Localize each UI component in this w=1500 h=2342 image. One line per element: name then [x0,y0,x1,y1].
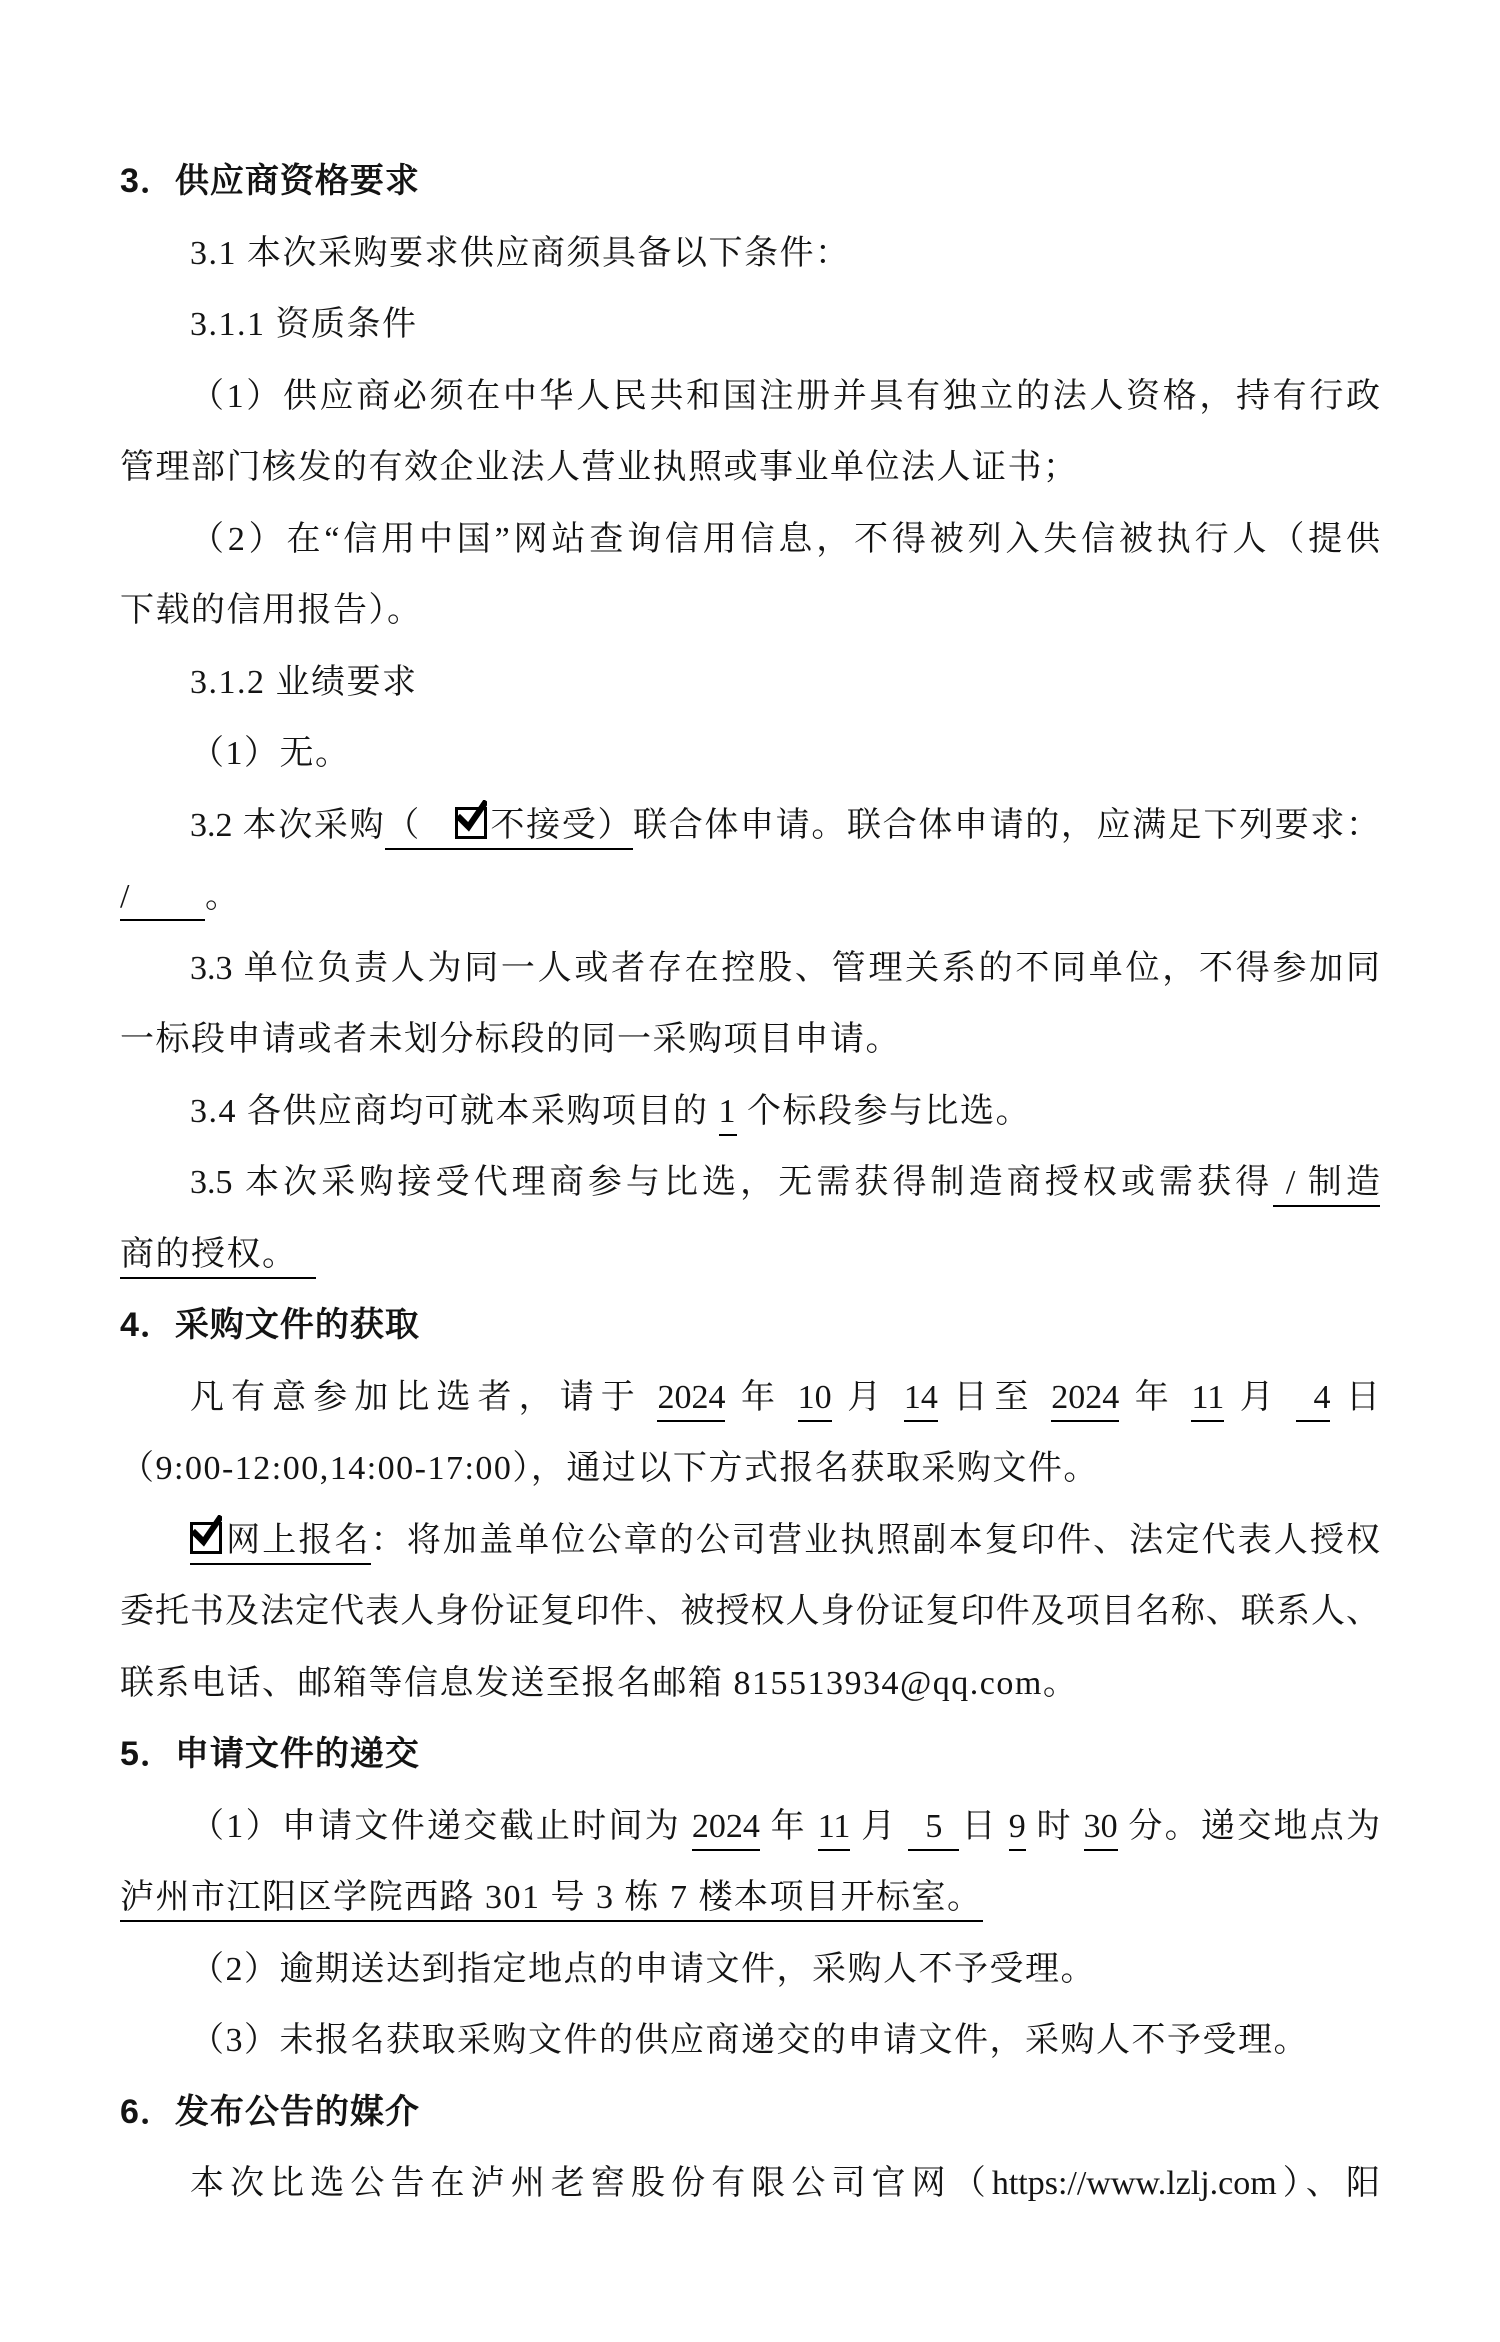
heading-section-4: 4．采购文件的获取 [120,1290,1380,1362]
text-run: 3.3 单位负责人为同一人或者存在控股、管理关系的不同单位，不得参加同 [190,950,1380,987]
text-run: 2024 [657,1379,725,1422]
text-run: 5．申请文件的递交 [120,1735,420,1773]
line-4-online-signup-b: 委托书及法定代表人身份证复印件、被授权人身份证复印件及项目名称、联系人、 [120,1576,1380,1648]
text-run: 凡有意参加比选者，请于 [190,1379,657,1416]
text-run: （1）供应商必须在中华人民共和国注册并具有独立的法人资格，持有行政 [190,378,1380,415]
line-3-3-b: 一标段申请或者未划分标段的同一采购项目申请。 [120,1004,1380,1076]
text-run: 6．发布公告的媒介 [120,2093,420,2131]
text-run: 泸州市江阳区学院西路 301 号 3 栋 7 楼本项目开标室。 [120,1879,983,1922]
text-run: （1）无。 [190,735,351,772]
text-run: 3.1 本次采购要求供应商须具备以下条件： [190,235,851,272]
text-run: （2）逾期送达到指定地点的申请文件，采购人不予受理。 [190,1951,1096,1988]
text-run: 日 [1330,1379,1380,1416]
text-run: （9:00-12:00,14:00-17:00），通过以下方式报名获取采购文件。 [120,1450,1099,1487]
text-run: 。 [205,878,241,915]
text-run: / 制造 [1273,1164,1380,1207]
text-run: 分。递交地点为 [1118,1808,1381,1845]
text-run: （3）未报名获取采购文件的供应商递交的申请文件，采购人不予受理。 [190,2022,1309,2059]
text-run: 5 [908,1808,959,1851]
line-3-1: 3.1 本次采购要求供应商须具备以下条件： [120,218,1380,290]
line-3-1-1-item1-b: 管理部门核发的有效企业法人营业执照或事业单位法人证书； [120,432,1380,504]
line-6-a: 本次比选公告在泸州老窖股份有限公司官网（https://www.lzlj.com… [120,2148,1380,2220]
text-run: 月 [832,1379,904,1416]
text-run: 月 [850,1808,908,1845]
line-5-3: （3）未报名获取采购文件的供应商递交的申请文件，采购人不予受理。 [120,2005,1380,2077]
text-run: 月 [1224,1379,1296,1416]
line-4-date-a: 凡有意参加比选者，请于 2024 年 10 月 14 日至 2024 年 11 … [120,1362,1380,1434]
text-run: 4．采购文件的获取 [120,1306,420,1344]
text-run: 网上报名 [224,1522,371,1565]
text-run: 11 [1191,1379,1224,1422]
text-run: 3.2 本次采购 [190,807,385,844]
text-run: / [120,878,205,921]
text-run: 3．供应商资格要求 [120,162,420,200]
text-run: 30 [1084,1808,1118,1851]
line-3-5-a: 3.5 本次采购接受代理商参与比选，无需获得制造商授权或需获得 / 制造 [120,1147,1380,1219]
text-run: 联合体申请。联合体申请的，应满足下列要求： [633,807,1380,844]
line-5-1-b: 泸州市江阳区学院西路 301 号 3 栋 7 楼本项目开标室。 [120,1862,1380,1934]
text-run: 9 [1009,1808,1026,1851]
text-run: 管理部门核发的有效企业法人营业执照或事业单位法人证书； [120,449,1079,486]
text-run: 年 [725,1379,797,1416]
line-3-1-1-item2-a: （2）在“信用中国”网站查询信用信息，不得被列入失信被执行人（提供 [120,504,1380,576]
text-run: 14 [904,1379,938,1422]
heading-section-6: 6．发布公告的媒介 [120,2077,1380,2149]
text-run: 时 [1026,1808,1084,1845]
text-run: 委托书及法定代表人身份证复印件、被授权人身份证复印件及项目名称、联系人、 [120,1593,1380,1630]
text-run: 商的授权。 [120,1236,316,1279]
text-run: 本次比选公告在泸州老窖股份有限公司官网（https://www.lzlj.com… [190,2165,1380,2202]
line-3-4: 3.4 各供应商均可就本采购项目的 1 个标段参与比选。 [120,1076,1380,1148]
line-3-2-a: 3.2 本次采购（ 不接受）联合体申请。联合体申请的，应满足下列要求： [120,790,1380,862]
line-4-date-b: （9:00-12:00,14:00-17:00），通过以下方式报名获取采购文件。 [120,1433,1380,1505]
text-run: 联系电话、邮箱等信息发送至报名邮箱 815513934@qq.com。 [120,1665,1078,1702]
text-run: 2024 [692,1808,760,1851]
line-4-online-signup-a: 网上报名：将加盖单位公章的公司营业执照副本复印件、法定代表人授权 [120,1505,1380,1577]
text-run: （2）在“信用中国”网站查询信用信息，不得被列入失信被执行人（提供 [190,521,1380,558]
text-run: 3.5 本次采购接受代理商参与比选，无需获得制造商授权或需获得 [190,1164,1273,1201]
line-3-1-1: 3.1.1 资质条件 [120,289,1380,361]
text-run: （1）申请文件递交截止时间为 [190,1808,692,1845]
text-run: 1 [719,1093,738,1136]
text-run: 日 [959,1808,1008,1845]
line-3-2-b: / 。 [120,861,1380,933]
text-run: 一标段申请或者未划分标段的同一采购项目申请。 [120,1021,901,1058]
text-run: 年 [1119,1379,1191,1416]
text-run: 3.4 各供应商均可就本采购项目的 [190,1093,719,1130]
text-run: （ [385,807,455,850]
text-run: 个标段参与比选。 [737,1093,1031,1130]
line-4-online-signup-c: 联系电话、邮箱等信息发送至报名邮箱 815513934@qq.com。 [120,1648,1380,1720]
heading-section-5: 5．申请文件的递交 [120,1719,1380,1791]
line-3-5-b: 商的授权。 [120,1219,1380,1291]
line-3-1-2: 3.1.2 业绩要求 [120,647,1380,719]
text-run: 年 [760,1808,818,1845]
checkbox-checked-icon [455,807,487,839]
text-run: 3.1.2 业绩要求 [190,664,418,701]
text-run: 11 [818,1808,851,1851]
text-run: 日至 [938,1379,1051,1416]
line-3-3-a: 3.3 单位负责人为同一人或者存在控股、管理关系的不同单位，不得参加同 [120,933,1380,1005]
text-run: ：将加盖单位公章的公司营业执照副本复印件、法定代表人授权 [371,1522,1380,1559]
text-run: 不接受） [489,807,633,850]
line-5-2: （2）逾期送达到指定地点的申请文件，采购人不予受理。 [120,1934,1380,2006]
checkbox-checked-icon [190,1522,222,1554]
heading-section-3: 3．供应商资格要求 [120,146,1380,218]
line-3-1-1-item2-b: 下载的信用报告）。 [120,575,1380,647]
line-3-1-1-item1-a: （1）供应商必须在中华人民共和国注册并具有独立的法人资格，持有行政 [120,361,1380,433]
document-page: 3．供应商资格要求3.1 本次采购要求供应商须具备以下条件：3.1.1 资质条件… [0,0,1500,2342]
text-run: 下载的信用报告）。 [120,592,423,629]
line-5-1-a: （1）申请文件递交截止时间为 2024 年 11 月 5 日 9 时 30 分。… [120,1791,1380,1863]
checkbox-run [190,1522,224,1565]
text-run: 4 [1296,1379,1330,1422]
text-run: 10 [798,1379,832,1422]
checkbox-run [455,807,489,850]
text-run: 3.1.1 资质条件 [190,306,418,343]
text-run: 2024 [1051,1379,1119,1422]
line-3-1-2-item1: （1）无。 [120,718,1380,790]
